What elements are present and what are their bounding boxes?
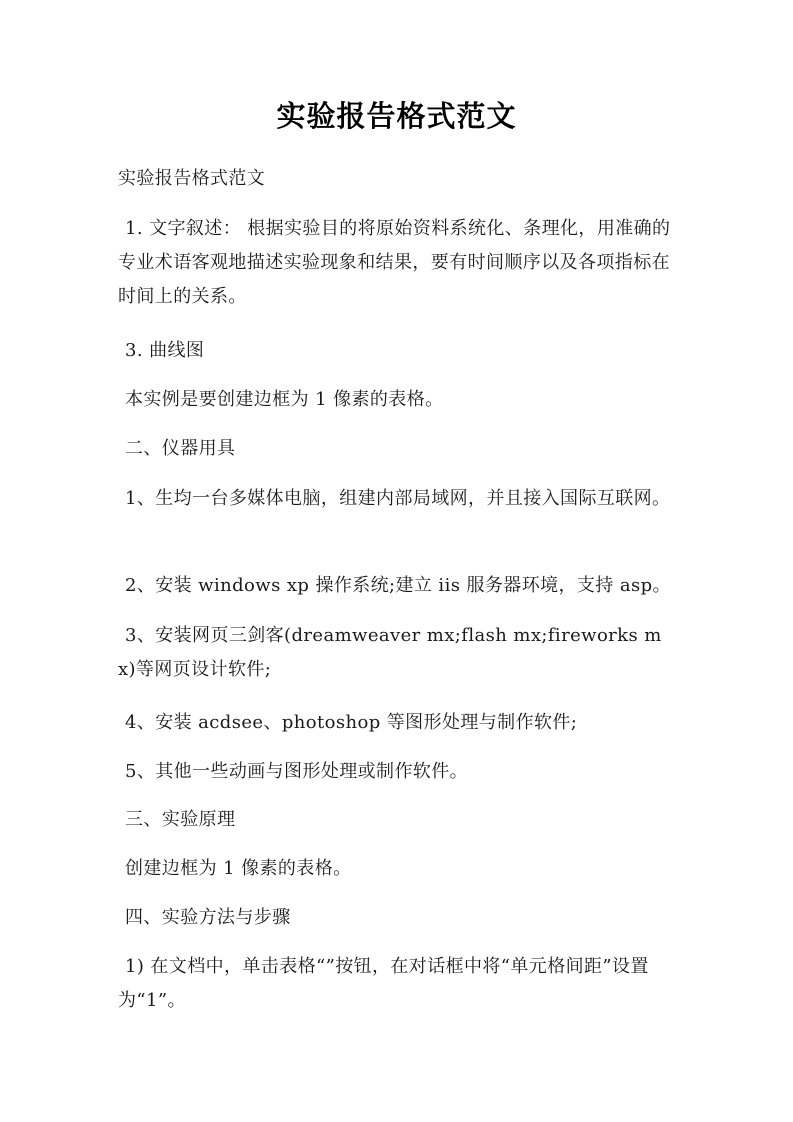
list-item-web-software: 3、安装网页三剑客(dreamweaver mx;flash mx;firewo… [118,619,678,687]
paragraph-step-1: 1) 在文档中，单击表格“”按钮，在对话框中将“单元格间距”设置为“1”。 [118,950,678,1018]
document-page: 实验报告格式范文 实验报告格式范文 1. 文字叙述： 根据实验目的将原始资料系统… [0,0,793,1122]
heading-instruments: 二、仪器用具 [118,432,678,466]
list-item-graphics-software: 4、安装 acdsee、photoshop 等图形处理与制作软件; [118,706,678,740]
paragraph-text-description: 1. 文字叙述： 根据实验目的将原始资料系统化、条理化，用准确的专业术语客观地描… [118,212,678,314]
paragraph-principle: 创建边框为 1 像素的表格。 [118,852,678,886]
list-item-animation-software: 5、其他一些动画与图形处理或制作软件。 [118,755,678,789]
document-title: 实验报告格式范文 [0,96,793,136]
paragraph-curve-chart: 3. 曲线图 [118,334,678,368]
list-item-windows: 2、安装 windows xp 操作系统;建立 iis 服务器环境，支持 asp… [118,569,678,603]
heading-principle: 三、实验原理 [118,803,678,837]
subtitle-paragraph: 实验报告格式范文 [118,162,678,196]
heading-method-steps: 四、实验方法与步骤 [118,901,678,935]
paragraph-example-intro: 本实例是要创建边框为 1 像素的表格。 [118,383,678,417]
list-item-computer: 1、生均一台多媒体电脑，组建内部局域网，并且接入国际互联网。 [118,482,678,516]
